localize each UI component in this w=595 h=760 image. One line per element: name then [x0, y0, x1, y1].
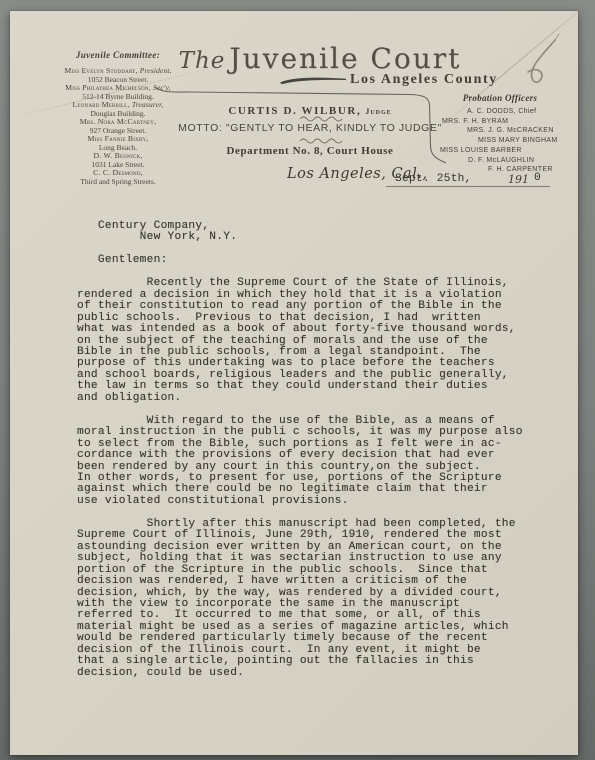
- court-title: The Juvenile Court: [160, 42, 480, 75]
- member-name: C. C. Desmond,: [93, 168, 143, 177]
- officer-name: D. F. McLAUGHLIN: [468, 156, 560, 166]
- motto-line: MOTTO: "GENTLY TO HEAR, KINDLY TO JUDGE": [145, 122, 475, 134]
- officer-name: A. C. DODDS, Chief: [467, 107, 560, 117]
- squiggle-divider: [298, 114, 344, 122]
- letter-body-text: Century Company, New York, N.Y. Gentleme…: [77, 221, 523, 679]
- officer-name: MISS LOUISE BARBER: [440, 146, 560, 156]
- officer-name: MRS. J. G. McCRACKEN: [467, 126, 560, 136]
- probation-officer-list: A. C. DODDS, Chief MRS. F. H. BYRAM MRS.…: [440, 107, 560, 175]
- officer-name: MISS MARY BINGHAM: [478, 136, 560, 146]
- probation-heading: Probation Officers: [440, 93, 560, 103]
- dateline-rule: [386, 186, 550, 187]
- member-address: Third and Spring Streets.: [30, 178, 206, 186]
- dateline-year-typed: 0: [534, 172, 541, 184]
- member-name: Miss Evelyn Stoddart,: [64, 66, 139, 75]
- judge-title: Judge: [365, 107, 391, 116]
- member-name: Miss Fannie Bixby,: [88, 134, 149, 143]
- officer-name: MRS. F. H. BYRAM: [442, 117, 560, 127]
- squiggle-divider: [298, 136, 344, 144]
- probation-officers-block: Probation Officers A. C. DODDS, Chief MR…: [440, 93, 560, 175]
- court-title-main: Juvenile Court: [229, 42, 461, 75]
- dateline-year-printed: 191: [508, 173, 529, 186]
- member-name: D. W. Beswick,: [93, 151, 142, 160]
- dateline-date-typed: Sept. 25th,: [395, 173, 472, 185]
- letter-page: Juvenile Committee: Miss Evelyn Stoddart…: [10, 11, 578, 755]
- court-title-the: The: [179, 48, 226, 74]
- screenshot-root: { "letterhead": { "committee": { "title"…: [0, 0, 595, 760]
- member-name: Miss Philathea Michelson,: [65, 83, 153, 92]
- member-name: Leonard Merrill,: [73, 100, 132, 109]
- handwritten-pencil-mark: 8: [505, 31, 561, 89]
- department-line: Department No. 8, Court House: [170, 145, 450, 157]
